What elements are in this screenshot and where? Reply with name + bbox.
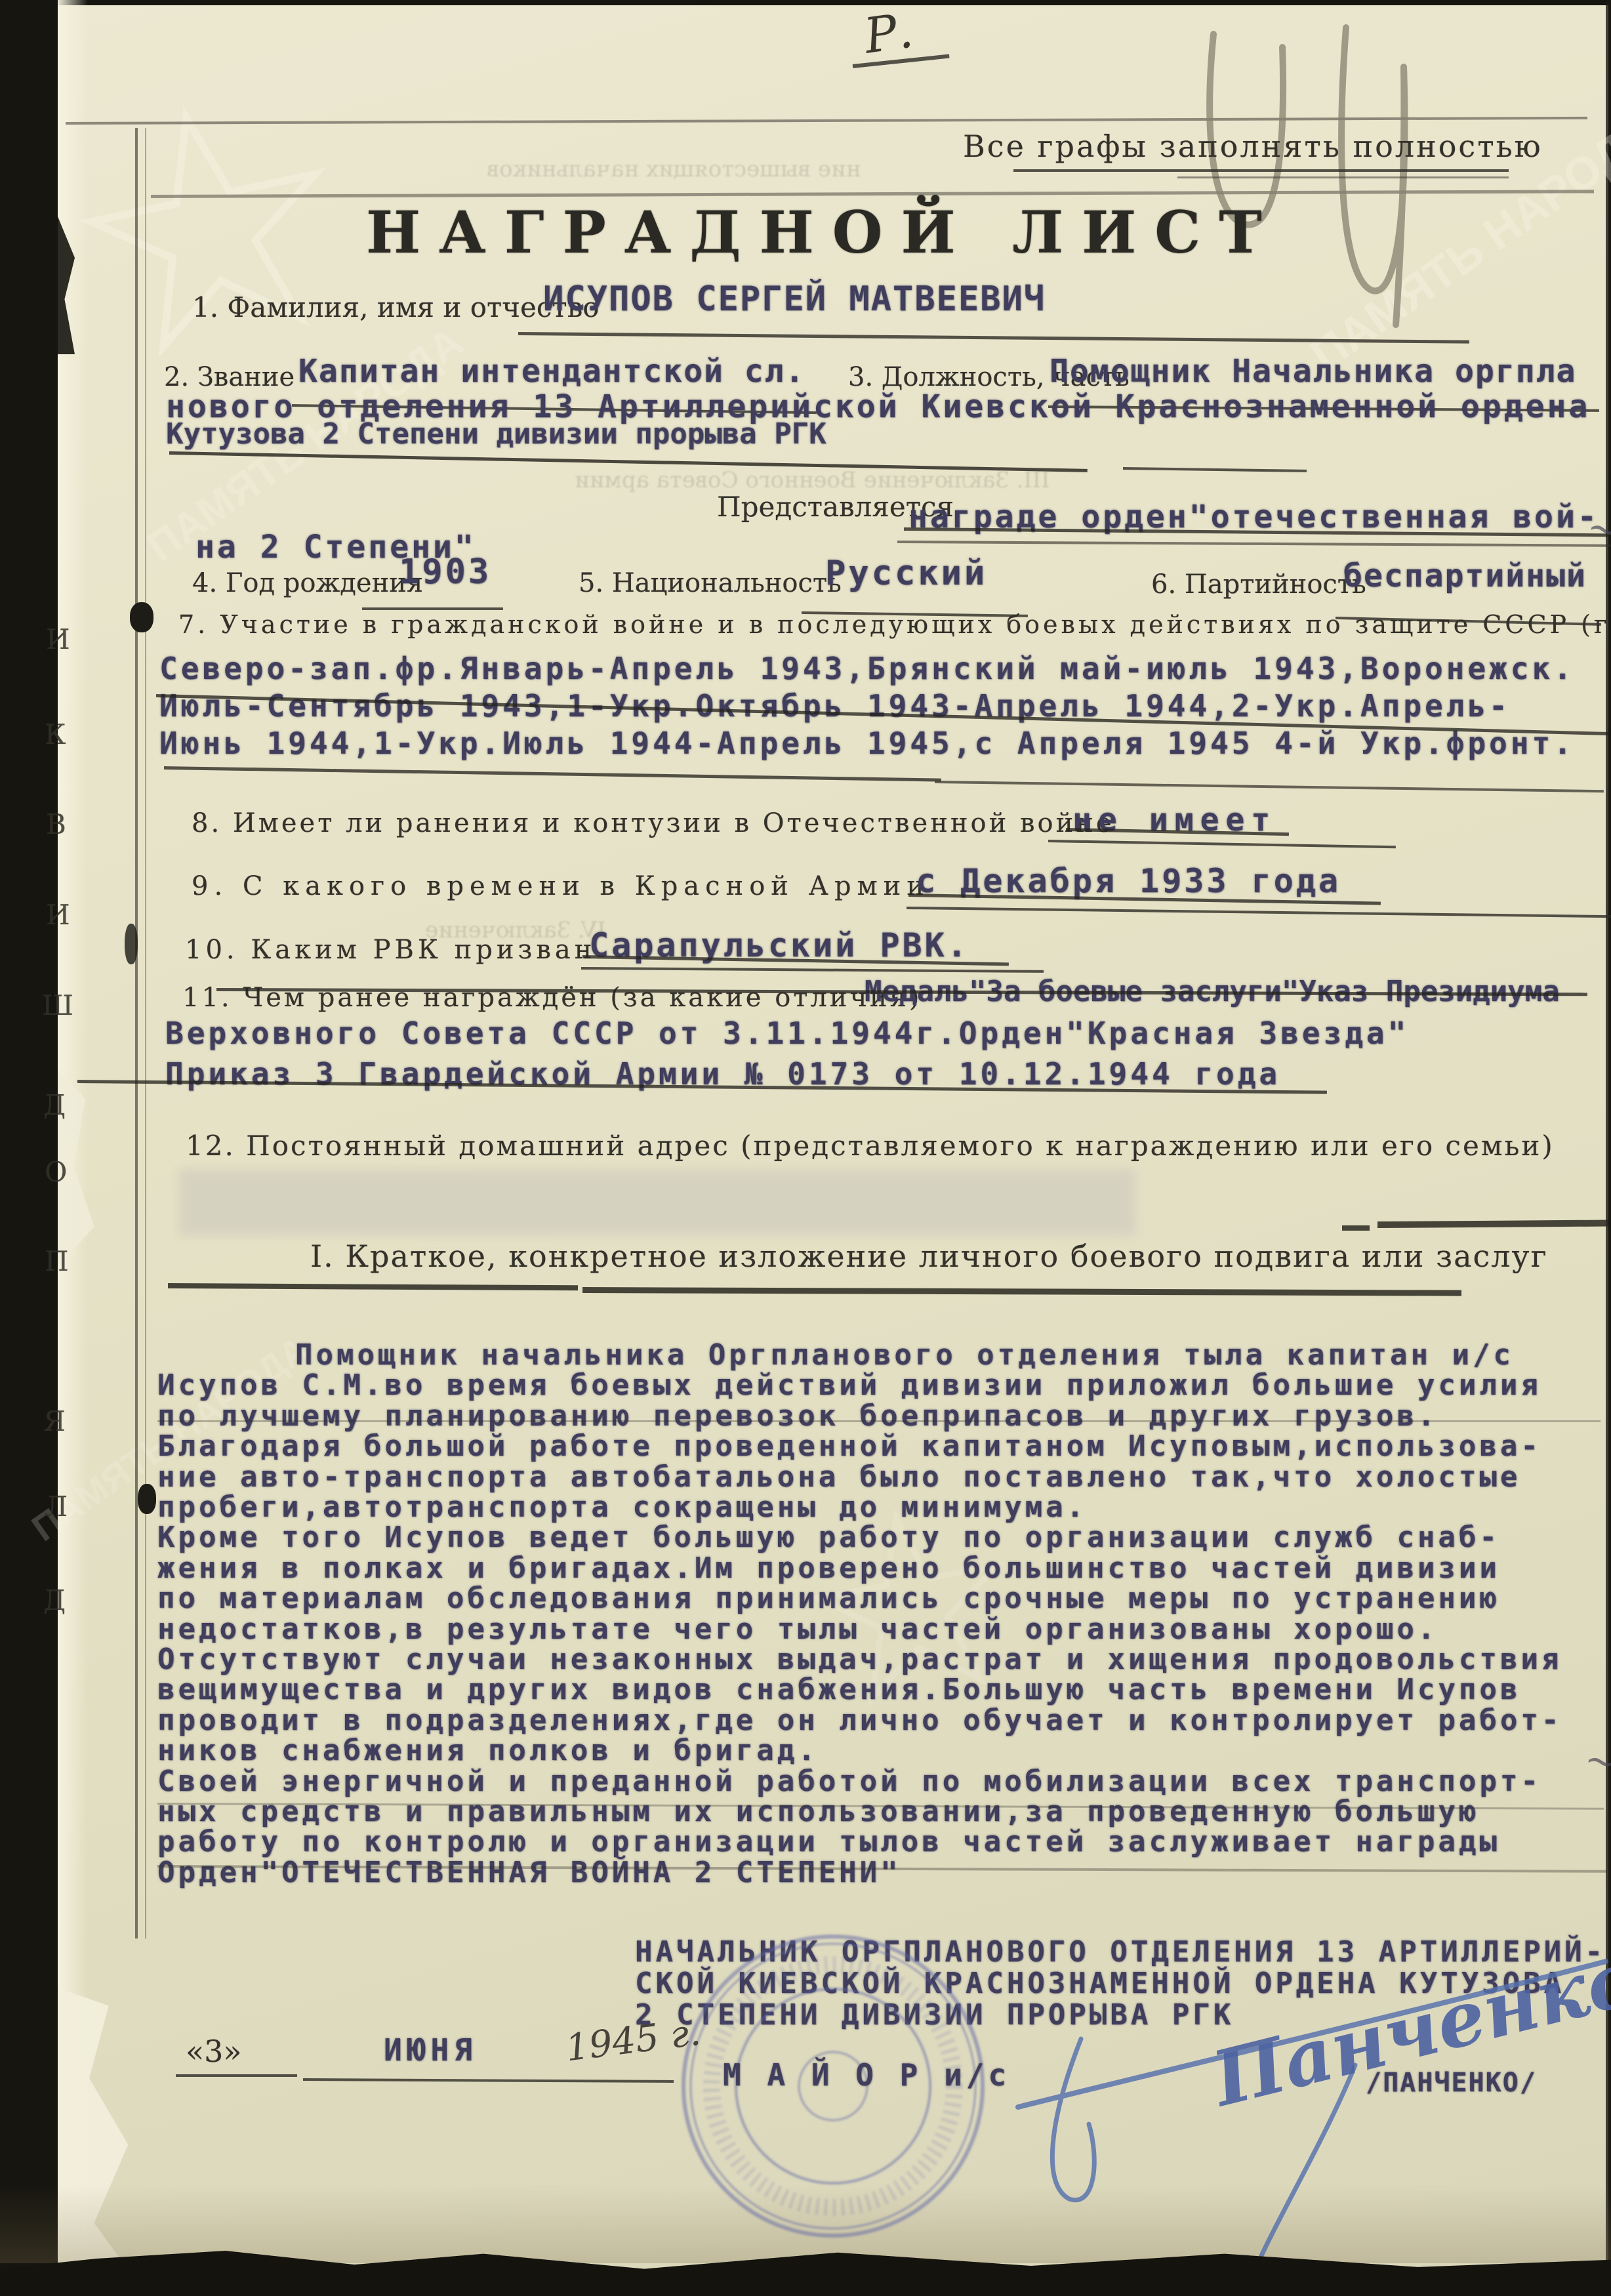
date-day: «3» [186,2034,242,2069]
pen-stroke-overlay [0,0,1611,2296]
award-sheet-document: ПАМЯТЬ НАРОДА ПАМЯТЬ НАРОДА ПАМЯТЬ НАРОД… [0,0,1611,2296]
date-day-underline [176,2074,297,2077]
date-month: ИЮНЯ [384,2032,478,2068]
signature-rank: М А Й О Р и/с [723,2057,1010,2093]
signature-typed-name: /ПАНЧЕНКО/ [1366,2068,1537,2098]
